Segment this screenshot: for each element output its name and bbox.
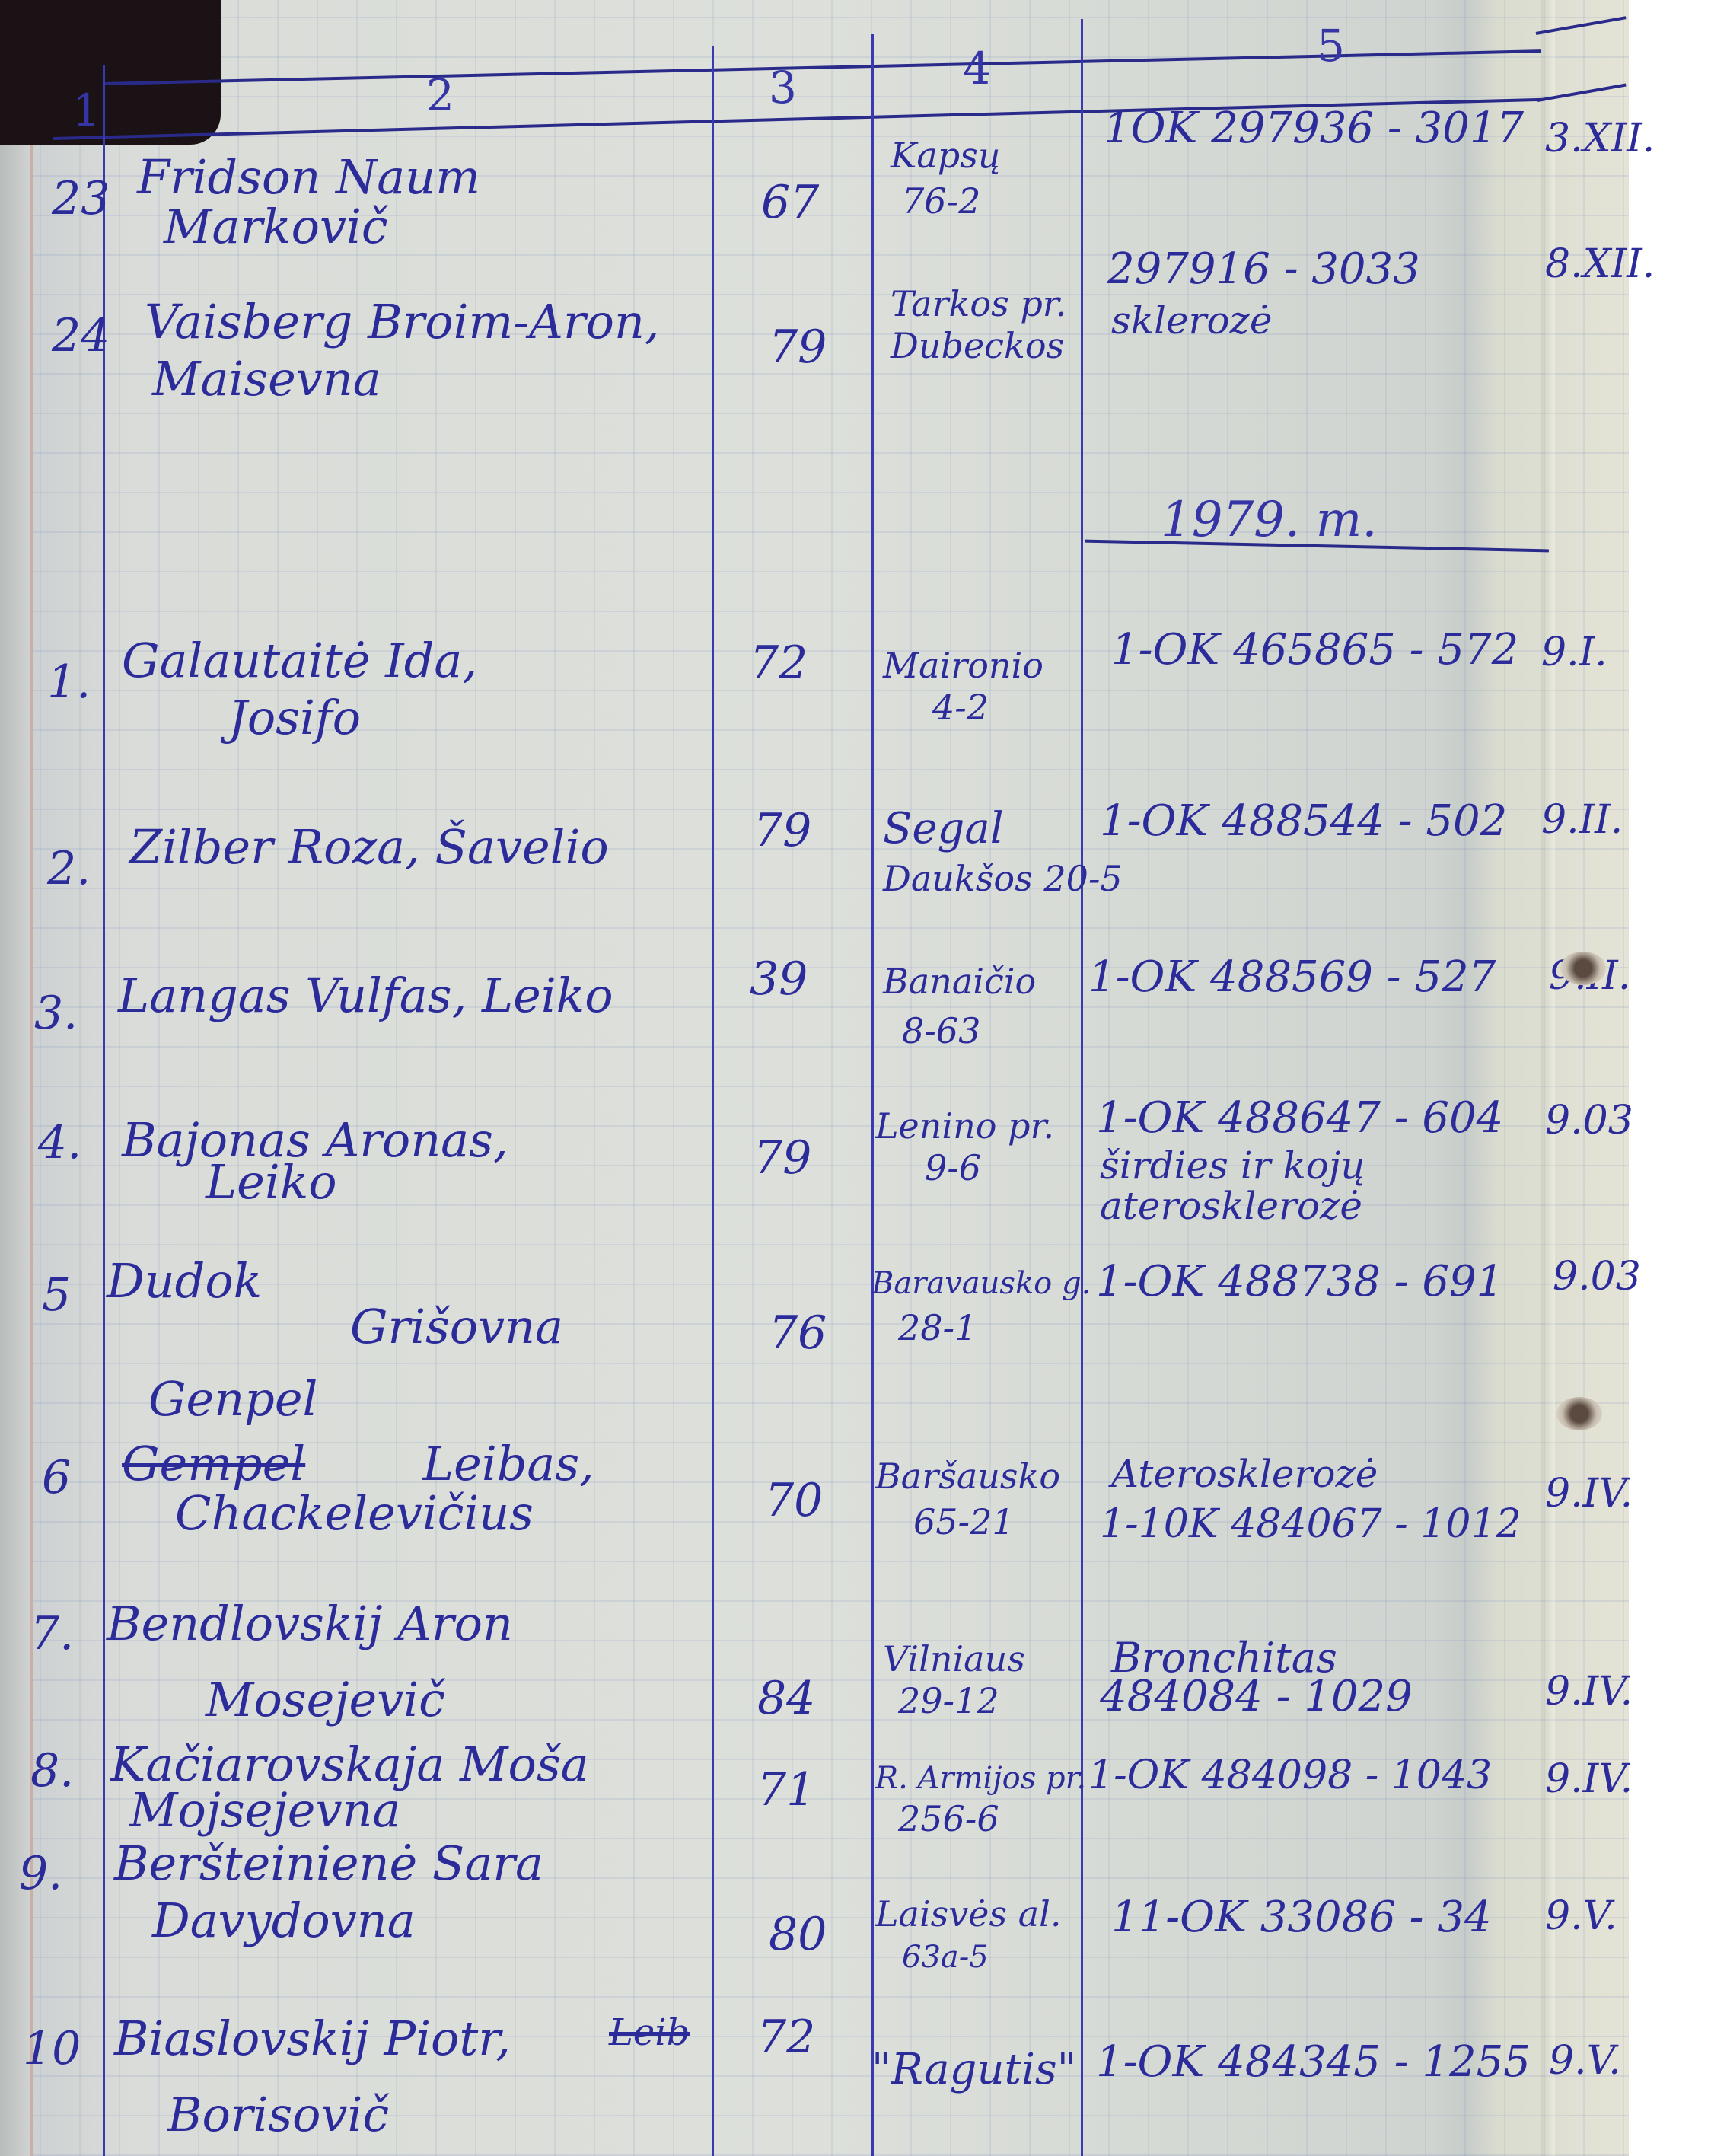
entry-certificate: 11-OK 33086 - 34 <box>1111 1896 1492 1941</box>
column-header-2: 2 <box>426 72 454 119</box>
entry-date: 9.IV. <box>1545 1671 1633 1713</box>
entry-address-street: "Ragutis" <box>871 2048 1076 2093</box>
entry-number: 3. <box>34 990 78 1038</box>
entry-certificate: 1-10K 484067 - 1012 <box>1100 1504 1521 1545</box>
entry-number: 8. <box>30 1747 74 1795</box>
entry-address-number: 65-21 <box>913 1504 1015 1540</box>
entry-address-street: Vilniaus <box>883 1641 1025 1677</box>
entry-address-number: 29-12 <box>898 1682 999 1719</box>
entry-address-number: 63a-5 <box>902 1941 989 1973</box>
entry-name: Dudok <box>107 1256 262 1306</box>
entry-address-number: 4-2 <box>932 689 989 726</box>
entry-name-patronymic: Mosejevič <box>206 1675 445 1724</box>
entry-date: 9.I. <box>1541 632 1607 674</box>
entry-age: 39 <box>750 955 808 1003</box>
entry-date: 9.IV. <box>1545 1473 1633 1515</box>
entry-name-patronymic: Leiko <box>206 1157 337 1207</box>
entry-number: 5 <box>42 1271 71 1319</box>
column-header-5: 5 <box>1317 23 1345 69</box>
entry-number: 2. <box>47 845 91 893</box>
entry-address-street: Tarkos pr. <box>891 285 1066 322</box>
entry-number: 24 <box>52 312 110 360</box>
entry-diagnosis: Aterosklerozė <box>1111 1454 1378 1494</box>
entry-name: Galautaitė Ida, <box>122 636 477 685</box>
year-marker: 1979. m. <box>1161 495 1378 546</box>
entry-date: 3.XII. <box>1545 118 1655 160</box>
entry-address-street: Baršausko <box>875 1458 1060 1494</box>
binder-corner <box>0 0 221 145</box>
col-divider-1 <box>103 65 105 2156</box>
col-divider-3 <box>871 34 874 2156</box>
entry-age: 76 <box>769 1309 827 1357</box>
entry-diagnosis: širdies ir kojų aterosklerozė <box>1100 1146 1511 1226</box>
entry-diagnosis: sklerozė <box>1111 301 1272 341</box>
entry-age: 71 <box>757 1766 815 1814</box>
entry-number: 23 <box>52 175 110 223</box>
entry-certificate: 484084 - 1029 <box>1100 1675 1413 1720</box>
entry-age: 80 <box>769 1911 827 1959</box>
entry-age: 67 <box>761 179 819 227</box>
entry-date: 9.V. <box>1549 2040 1621 2082</box>
entry-name-patronymic: Maisevna <box>152 354 381 403</box>
entry-date: 9.II. <box>1541 799 1623 841</box>
entry-number: 7. <box>30 1610 74 1658</box>
entry-address-street: Laisvės al. <box>875 1896 1062 1932</box>
entry-date: 9.V. <box>1545 1896 1617 1938</box>
entry-name: Beršteinienė Sara <box>114 1839 543 1888</box>
entry-address-number: 9-6 <box>925 1150 981 1186</box>
entry-address-street: Kapsų <box>891 137 1000 174</box>
entry-date: 9.IV. <box>1545 1759 1633 1800</box>
entry-address-number: 76-2 <box>902 183 980 219</box>
binder-hole-upper <box>1560 952 1606 985</box>
entry-name-patronymic: Grišovna <box>350 1302 563 1351</box>
entry-age: 79 <box>769 324 827 372</box>
entry-name-patronymic: Davydovna <box>152 1896 416 1945</box>
entry-address-street: Segal <box>883 807 1004 852</box>
binder-hole-lower <box>1556 1397 1602 1430</box>
entry-name: Langas Vulfas, Leiko <box>118 971 613 1020</box>
entry-name: Leibas, <box>422 1439 594 1488</box>
entry-address-street: Baravausko g. <box>871 1268 1091 1300</box>
entry-name-struck: Leib <box>609 2014 690 2052</box>
entry-number: 1. <box>47 659 91 706</box>
entry-name-struck: Gempel <box>122 1439 305 1488</box>
entry-address-number: 256-6 <box>898 1800 999 1837</box>
entry-certificate: 1-OK 488569 - 527 <box>1088 955 1496 1000</box>
column-header-4: 4 <box>963 46 991 92</box>
entry-certificate: 1-OK 484345 - 1255 <box>1096 2040 1531 2085</box>
entry-number: 6 <box>42 1454 71 1502</box>
entry-name-patronymic: Mojsejevna <box>129 1785 400 1835</box>
col-divider-2 <box>712 46 714 2156</box>
entry-address-number: 8-63 <box>902 1013 980 1049</box>
entry-address-street: Banaičio <box>883 963 1036 1000</box>
entry-age: 79 <box>754 807 811 855</box>
entry-name: Fridson Naum <box>137 152 480 202</box>
entry-name-patronymic: Josifo <box>228 693 361 742</box>
entry-certificate: 1-OK 488544 - 502 <box>1100 799 1507 844</box>
page-fold <box>1541 0 1555 2156</box>
entry-age: 72 <box>750 639 808 687</box>
entry-name-patronymic: Markovič <box>164 202 388 251</box>
entry-address-number: Daukšos 20-5 <box>883 860 1123 897</box>
entry-number: 4. <box>38 1119 81 1167</box>
column-header-1: 1 <box>72 88 100 134</box>
entry-name-patronymic: Borisovič <box>167 2090 389 2139</box>
entry-age: 70 <box>765 1477 823 1525</box>
entry-certificate: 1-OK 488647 - 604 <box>1096 1096 1503 1141</box>
entry-name: Vaisberg Broim-Aron, <box>145 297 660 346</box>
entry-certificate: 1-OK 465865 - 572 <box>1111 628 1518 673</box>
entry-address-street: Maironio <box>883 647 1043 684</box>
column-header-3: 3 <box>769 65 797 111</box>
entry-date: 8.XII. <box>1545 244 1655 285</box>
entry-certificate: 1-OK 488738 - 691 <box>1096 1260 1503 1305</box>
entry-certificate: 1OK 297936 - 3017 <box>1104 107 1524 151</box>
entry-name: Biaslovskij Piotr, <box>114 2014 511 2063</box>
col-divider-4 <box>1081 19 1083 2156</box>
entry-address-street: R. Armijos pr. <box>875 1762 1086 1794</box>
entry-age: 84 <box>757 1675 815 1723</box>
entry-date: 9.03 <box>1553 1256 1641 1298</box>
entry-number: 9. <box>19 1850 62 1898</box>
entry-address-street: Lenino pr. <box>875 1108 1054 1144</box>
entry-age: 72 <box>757 2014 815 2062</box>
entry-address-number: Dubeckos <box>891 327 1064 364</box>
entry-name: Bendlovskij Aron <box>107 1599 513 1648</box>
entry-name-patronymic: Chackelevičius <box>175 1488 534 1538</box>
entry-certificate: 1-OK 484098 - 1043 <box>1088 1755 1492 1797</box>
entry-certificate: 297916 - 3033 <box>1107 247 1420 292</box>
entry-name-correction: Genpel <box>148 1374 317 1424</box>
entry-age: 79 <box>754 1134 811 1182</box>
entry-name: Zilber Roza, Šavelio <box>129 822 609 872</box>
entry-address-number: 28-1 <box>898 1309 977 1346</box>
entry-number: 10 <box>23 2025 81 2073</box>
entry-date: 9.03 <box>1545 1100 1633 1142</box>
